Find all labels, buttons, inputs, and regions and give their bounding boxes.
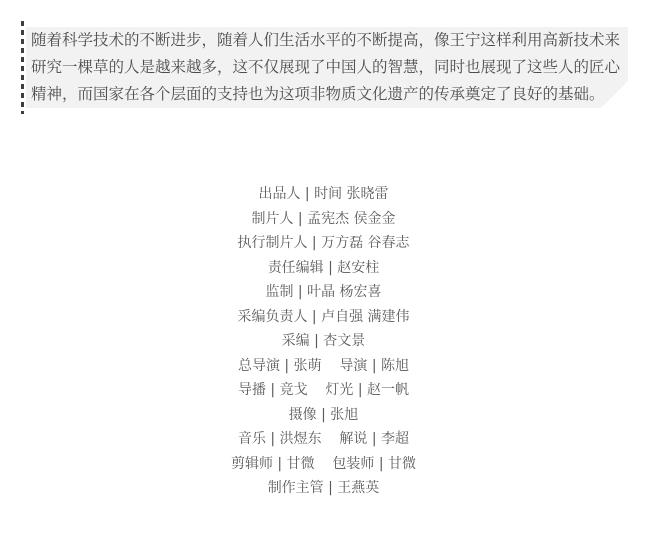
credits-list: 出品人 | 时间 张晓雷制片人 | 孟宪杰 侯金金执行制片人 | 万方磊 谷春志… bbox=[0, 182, 647, 501]
credit-line: 制作主管 | 王燕英 bbox=[0, 476, 647, 501]
credit-line: 责任编辑 | 赵安柱 bbox=[0, 256, 647, 281]
quote-block: 随着科学技术的不断进步，随着人们生活水平的不断提高，像王宁这样利用高新技术来研究… bbox=[26, 27, 628, 108]
credit-line: 导播 | 竞戈 灯光 | 赵一帆 bbox=[0, 378, 647, 403]
credit-line: 采编负责人 | 卢自强 满建伟 bbox=[0, 305, 647, 330]
credit-line: 音乐 | 洪煜东 解说 | 李超 bbox=[0, 427, 647, 452]
credit-line: 摄像 | 张旭 bbox=[0, 403, 647, 428]
credit-line: 出品人 | 时间 张晓雷 bbox=[0, 182, 647, 207]
credit-line: 剪辑师 | 甘微 包装师 | 甘微 bbox=[0, 452, 647, 477]
credit-line: 执行制片人 | 万方磊 谷春志 bbox=[0, 231, 647, 256]
quote-left-dashed-border bbox=[21, 21, 24, 114]
credit-line: 制片人 | 孟宪杰 侯金金 bbox=[0, 207, 647, 232]
quote-text: 随着科学技术的不断进步，随着人们生活水平的不断提高，像王宁这样利用高新技术来研究… bbox=[31, 27, 622, 108]
credit-line: 采编 | 杏文景 bbox=[0, 329, 647, 354]
quote-box: 随着科学技术的不断进步，随着人们生活水平的不断提高，像王宁这样利用高新技术来研究… bbox=[26, 27, 628, 108]
credit-line: 总导演 | 张萌 导演 | 陈旭 bbox=[0, 354, 647, 379]
credit-line: 监制 | 叶晶 杨宏喜 bbox=[0, 280, 647, 305]
